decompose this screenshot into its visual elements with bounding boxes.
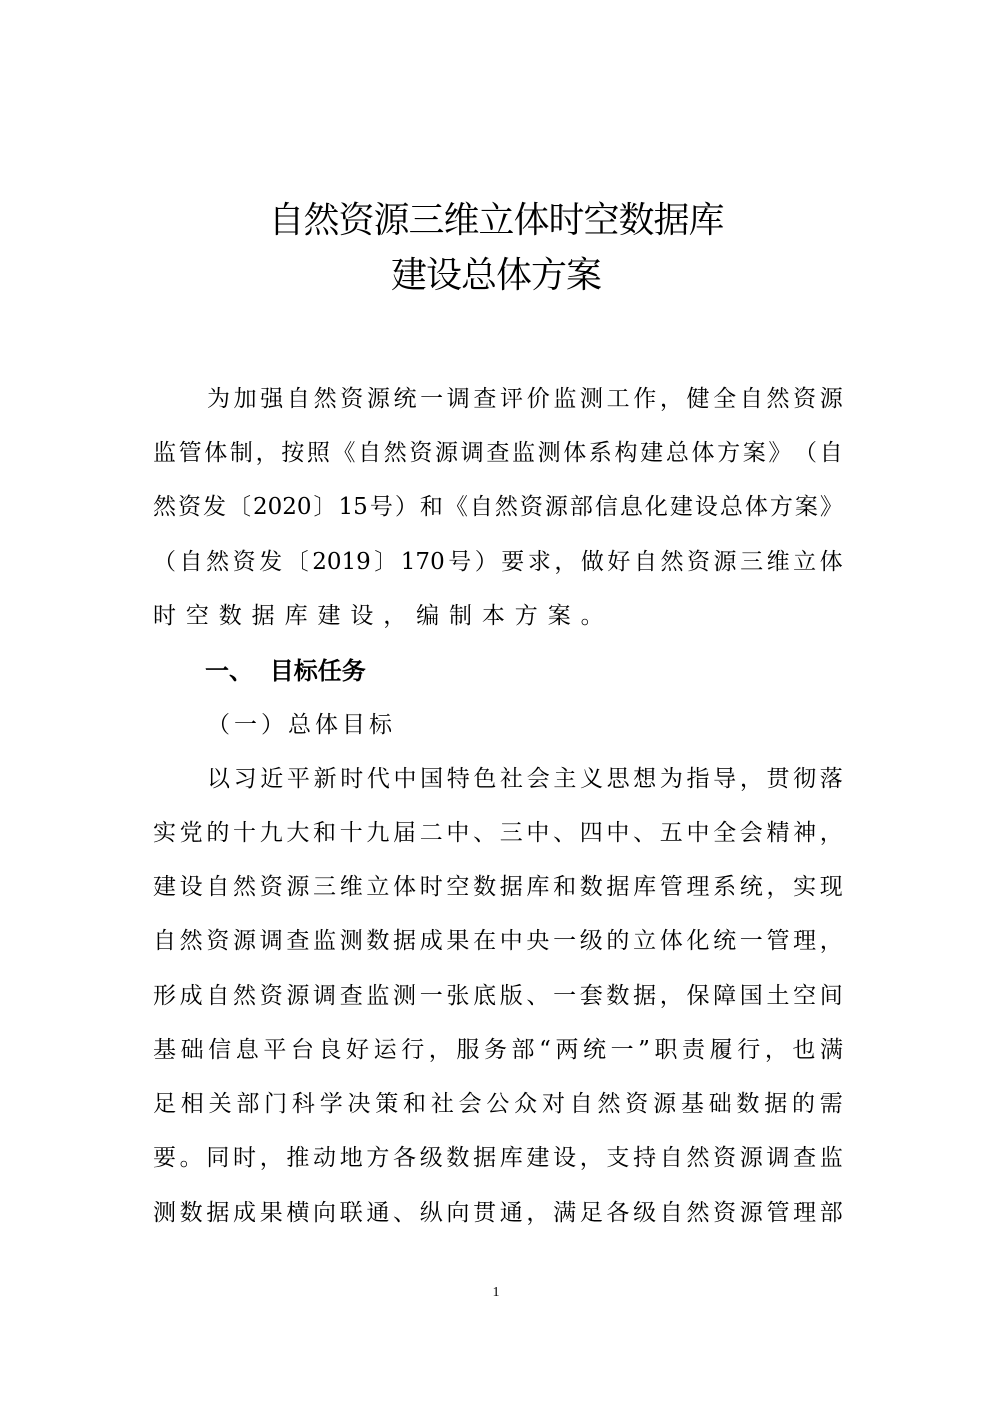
paragraph-line: 为加强自然资源统一调查评价监测工作，健全自然资源 xyxy=(207,379,843,419)
paragraph-line: 实党的十九大和十九届二中、三中、四中、五中全会精神， xyxy=(153,813,843,853)
paragraph-line: 形成自然资源调查监测一张底版、一套数据，保障国土空间 xyxy=(153,976,843,1016)
paragraph-line: 足相关部门科学决策和社会公众对自然资源基础数据的需 xyxy=(153,1084,843,1124)
paragraph-line: 要。同时，推动地方各级数据库建设，支持自然资源调查监 xyxy=(153,1138,843,1178)
paragraph-line: 自然资源调查监测数据成果在中央一级的立体化统一管理， xyxy=(153,921,843,961)
section-heading: 一、 目标任务 xyxy=(205,651,366,691)
paragraph-line: 以习近平新时代中国特色社会主义思想为指导，贯彻落 xyxy=(207,759,843,799)
paragraph-line: 建设自然资源三维立体时空数据库和数据库管理系统，实现 xyxy=(153,867,843,907)
document-title-line-1: 自然资源三维立体时空数据库 xyxy=(0,199,992,243)
page-number: 1 xyxy=(0,1284,992,1302)
document-page: 自然资源三维立体时空数据库 建设总体方案 为加强自然资源统一调查评价监测工作，健… xyxy=(0,0,992,1403)
paragraph-line: （自然资发〔2019〕170号）要求，做好自然资源三维立体 xyxy=(153,542,843,582)
paragraph-line: 监管体制，按照《自然资源调查监测体系构建总体方案》（自 xyxy=(153,433,843,473)
paragraph-line: 测数据成果横向联通、纵向贯通，满足各级自然资源管理部 xyxy=(153,1193,843,1233)
document-title-line-2: 建设总体方案 xyxy=(0,254,992,298)
subsection-heading: （一）总体目标 xyxy=(207,705,396,745)
paragraph-line: 然资发〔2020〕15号）和《自然资源部信息化建设总体方案》 xyxy=(153,487,843,527)
paragraph-line: 时空数据库建设，编制本方案。 xyxy=(153,596,843,636)
paragraph-line: 基础信息平台良好运行，服务部“两统一”职责履行，也满 xyxy=(153,1030,843,1070)
